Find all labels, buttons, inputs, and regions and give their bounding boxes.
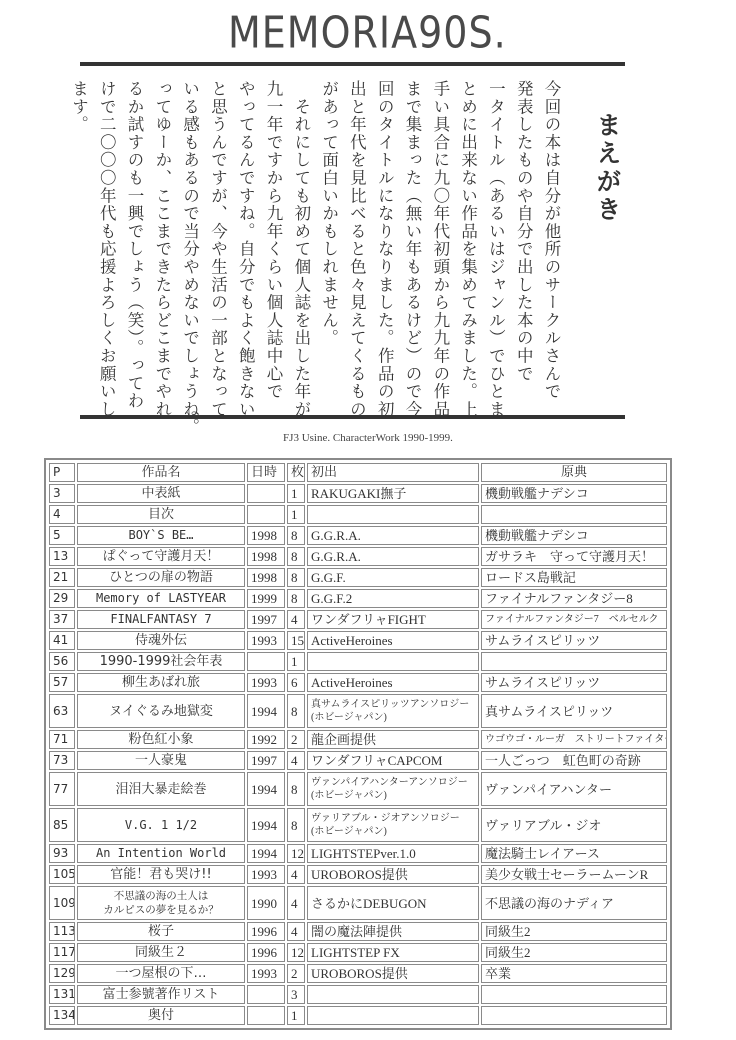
cell-source: 同級生2 xyxy=(481,922,667,941)
cell-title: ひとつの扉の物語 xyxy=(77,568,245,587)
cell-title: 目次 xyxy=(77,505,245,524)
table-row: 129一つ屋根の下…19932UROBOROS提供卒業 xyxy=(49,964,667,983)
cell-source: 卒業 xyxy=(481,964,667,983)
header-title: 作品名 xyxy=(77,463,245,482)
table-row: 73一人豪鬼19974ワンダフリャCAPCOM一人ごっつ 虹色町の奇跡 xyxy=(49,751,667,770)
table-row: 105官能！君も哭け!!19934UROBOROS提供美少女戦士セーラームーンR xyxy=(49,865,667,884)
cell-first-appearance: ワンダフリャCAPCOM xyxy=(307,751,479,770)
cell-title: 一人豪鬼 xyxy=(77,751,245,770)
cell-title: 泪泪大暴走絵巻 xyxy=(77,772,245,806)
cell-year: 1992 xyxy=(247,730,285,749)
table-body: 3中表紙1RAKUGAKI撫子機動戦艦ナデシコ4目次15BOY`S BE…199… xyxy=(49,484,667,1025)
cell-first-appearance xyxy=(307,1006,479,1025)
cell-title: V.G. 1 1/2 xyxy=(77,808,245,842)
cell-year: 1997 xyxy=(247,751,285,770)
first-appearance-line: ヴァリアブル・ジオアンソロジー xyxy=(311,812,475,825)
cell-page: 21 xyxy=(49,568,75,587)
cell-title: 一つ屋根の下… xyxy=(77,964,245,983)
cell-page: 3 xyxy=(49,484,75,503)
cell-year: 1998 xyxy=(247,568,285,587)
cell-source: サムライスピリッツ xyxy=(481,673,667,692)
cell-first-appearance xyxy=(307,985,479,1004)
cell-page: 71 xyxy=(49,730,75,749)
header-source: 原典 xyxy=(481,463,667,482)
caption: FJ3 Usine. CharacterWork 1990-1999. xyxy=(0,432,736,444)
cell-first-appearance: ヴァンパイアハンターアンソロジー(ホビージャパン) xyxy=(307,772,479,806)
cell-title: 官能！君も哭け!! xyxy=(77,865,245,884)
table-header-row: P 作品名 日時 枚 初出 原典 xyxy=(49,463,667,482)
table-row: 117同級生２199612LIGHTSTEP FX同級生2 xyxy=(49,943,667,962)
cell-page: 129 xyxy=(49,964,75,983)
cell-page: 41 xyxy=(49,631,75,650)
bottom-divider xyxy=(80,415,625,419)
table-row: 77泪泪大暴走絵巻19948ヴァンパイアハンターアンソロジー(ホビージャパン)ヴ… xyxy=(49,772,667,806)
cell-sheets: 8 xyxy=(287,547,305,566)
cell-source: ロードス島戦記 xyxy=(481,568,667,587)
preface-line: 発表したものや自分で出した本の中で xyxy=(509,80,537,410)
cell-year: 1997 xyxy=(247,610,285,629)
cell-first-appearance: UROBOROS提供 xyxy=(307,865,479,884)
table-row: 29Memory of LASTYEAR19998G.G.F.2ファイナルファン… xyxy=(49,589,667,608)
cell-title: Memory of LASTYEAR xyxy=(77,589,245,608)
table-row: 131富士参號著作リスト3 xyxy=(49,985,667,1004)
top-divider xyxy=(80,62,625,66)
cell-page: 131 xyxy=(49,985,75,1004)
cell-first-appearance: ActiveHeroines xyxy=(307,631,479,650)
cell-first-appearance: LIGHTSTEPver.1.0 xyxy=(307,844,479,863)
table-row: 21ひとつの扉の物語19988G.G.F.ロードス島戦記 xyxy=(49,568,667,587)
preface-line: けで二〇〇〇年代も応援よろしくお願いし xyxy=(92,80,120,410)
cell-sheets: 8 xyxy=(287,589,305,608)
preface-line: るか試すのも一興でしょう（笑）。ってわ xyxy=(120,80,148,410)
cell-page: 63 xyxy=(49,694,75,728)
cell-year: 1996 xyxy=(247,943,285,962)
cell-first-appearance: さるかにDEBUGON xyxy=(307,886,479,920)
cell-year xyxy=(247,505,285,524)
preface-line: 出と年代を見比べると色々見えてくるもの xyxy=(343,80,371,410)
cell-page: 77 xyxy=(49,772,75,806)
cell-source: ファイナルファンタジー7 ベルセルク xyxy=(481,610,667,629)
table-row: 57柳生あばれ旅19936ActiveHeroinesサムライスピリッツ xyxy=(49,673,667,692)
cell-page: 13 xyxy=(49,547,75,566)
memoria90s-logo: MEMORIA90S. xyxy=(228,4,518,62)
cell-page: 109 xyxy=(49,886,75,920)
cell-year xyxy=(247,652,285,671)
preface-line: 今回の本は自分が他所のサークルさんで xyxy=(537,80,565,410)
cell-year xyxy=(247,1006,285,1025)
table-row: 71粉色紅小象19922龍企画提供ウゴウゴ・ルーガ ストリートファイター2 xyxy=(49,730,667,749)
cell-source: ヴァンパイアハンター xyxy=(481,772,667,806)
cell-source: ウゴウゴ・ルーガ ストリートファイター2 xyxy=(481,730,667,749)
cell-first-appearance: 龍企画提供 xyxy=(307,730,479,749)
cell-page: 93 xyxy=(49,844,75,863)
preface-line: いる感もあるので当分やめないでしょうね。 xyxy=(176,80,204,410)
preface-line: があって面白いかもしれません。 xyxy=(315,80,343,410)
table-row: 113桜子19964闇の魔法陣提供同級生2 xyxy=(49,922,667,941)
cell-page: 56 xyxy=(49,652,75,671)
cell-first-appearance: RAKUGAKI撫子 xyxy=(307,484,479,503)
cell-page: 73 xyxy=(49,751,75,770)
cell-page: 117 xyxy=(49,943,75,962)
cell-sheets: 8 xyxy=(287,694,305,728)
cell-sheets: 4 xyxy=(287,886,305,920)
cell-source xyxy=(481,985,667,1004)
table-row: 41侍魂外伝199315ActiveHeroinesサムライスピリッツ xyxy=(49,631,667,650)
header-first-appearance: 初出 xyxy=(307,463,479,482)
cell-source: 同級生2 xyxy=(481,943,667,962)
table-row: 134奥付1 xyxy=(49,1006,667,1025)
table-row: 109不思議の海の土人はカルピスの夢を見るか？19904さるかにDEBUGON不… xyxy=(49,886,667,920)
cell-page: 113 xyxy=(49,922,75,941)
cell-title: 粉色紅小象 xyxy=(77,730,245,749)
first-appearance-line: 真サムライスピリッツアンソロジー xyxy=(311,698,475,711)
cell-sheets: 1 xyxy=(287,484,305,503)
cell-source: サムライスピリッツ xyxy=(481,631,667,650)
cell-page: 57 xyxy=(49,673,75,692)
cell-year: 1994 xyxy=(247,694,285,728)
cell-first-appearance: UROBOROS提供 xyxy=(307,964,479,983)
cell-year: 1996 xyxy=(247,922,285,941)
cell-title: An Intention World xyxy=(77,844,245,863)
cell-source xyxy=(481,505,667,524)
cell-source: 美少女戦士セーラームーンR xyxy=(481,865,667,884)
first-appearance-line: ヴァンパイアハンターアンソロジー xyxy=(311,776,475,789)
cell-sheets: 3 xyxy=(287,985,305,1004)
cell-year: 1990 xyxy=(247,886,285,920)
cell-sheets: 4 xyxy=(287,610,305,629)
table-row: 85V.G. 1 1/219948ヴァリアブル・ジオアンソロジー(ホビージャパン… xyxy=(49,808,667,842)
cell-sheets: 4 xyxy=(287,922,305,941)
preface-line: と思うんですが、今や生活の一部となって xyxy=(204,80,232,410)
cell-year: 1994 xyxy=(247,772,285,806)
preface-line: 回のタイトルになりなりました。作品の初 xyxy=(370,80,398,410)
cell-title: 奥付 xyxy=(77,1006,245,1025)
cell-sheets: 6 xyxy=(287,673,305,692)
cell-title: ぱぐって守護月天！ xyxy=(77,547,245,566)
cell-source: 機動戦艦ナデシコ xyxy=(481,484,667,503)
cell-first-appearance xyxy=(307,505,479,524)
cell-year: 1993 xyxy=(247,673,285,692)
cell-sheets: 2 xyxy=(287,730,305,749)
first-appearance-line: (ホビージャパン) xyxy=(311,711,475,724)
cell-title: 不思議の海の土人はカルピスの夢を見るか？ xyxy=(77,886,245,920)
cell-source: 機動戦艦ナデシコ xyxy=(481,526,667,545)
cell-source: 一人ごっつ 虹色町の奇跡 xyxy=(481,751,667,770)
cell-year: 1993 xyxy=(247,964,285,983)
works-table: P 作品名 日時 枚 初出 原典 3中表紙1RAKUGAKI撫子機動戦艦ナデシコ… xyxy=(47,461,669,1027)
cell-year: 1998 xyxy=(247,526,285,545)
header-sheets: 枚 xyxy=(287,463,305,482)
cell-first-appearance: G.G.F. xyxy=(307,568,479,587)
first-appearance-line: (ホビージャパン) xyxy=(311,825,475,838)
cell-sheets: 8 xyxy=(287,772,305,806)
cell-source: ヴァリアブル・ジオ xyxy=(481,808,667,842)
cell-title: 1990-1999社会年表 xyxy=(77,652,245,671)
preface-line: 九一年ですから九年くらい個人誌中心で xyxy=(259,80,287,410)
cell-sheets: 12 xyxy=(287,844,305,863)
cell-year: 1998 xyxy=(247,547,285,566)
cell-first-appearance: ヴァリアブル・ジオアンソロジー(ホビージャパン) xyxy=(307,808,479,842)
preface-title: まえがき xyxy=(589,112,625,224)
cell-sheets: 1 xyxy=(287,1006,305,1025)
cell-year: 1999 xyxy=(247,589,285,608)
works-table-frame: P 作品名 日時 枚 初出 原典 3中表紙1RAKUGAKI撫子機動戦艦ナデシコ… xyxy=(44,458,672,1030)
preface-line: ってゆーか、ここまできたらどこまでやれ xyxy=(148,80,176,410)
table-row: 37FINALFANTASY 719974ワンダフリャFIGHTファイナルファン… xyxy=(49,610,667,629)
cell-title: 富士参號著作リスト xyxy=(77,985,245,1004)
cell-source: ファイナルファンタジー8 xyxy=(481,589,667,608)
header-page: P xyxy=(49,463,75,482)
first-appearance-line: (ホビージャパン) xyxy=(311,789,475,802)
cell-year xyxy=(247,985,285,1004)
cell-source: 魔法騎士レイアース xyxy=(481,844,667,863)
cell-first-appearance: G.G.R.A. xyxy=(307,547,479,566)
cell-sheets: 8 xyxy=(287,568,305,587)
cell-title: FINALFANTASY 7 xyxy=(77,610,245,629)
cell-first-appearance: ActiveHeroines xyxy=(307,673,479,692)
cell-sheets: 8 xyxy=(287,808,305,842)
cell-title: BOY`S BE… xyxy=(77,526,245,545)
cell-page: 5 xyxy=(49,526,75,545)
cell-sheets: 4 xyxy=(287,751,305,770)
cell-page: 29 xyxy=(49,589,75,608)
cell-sheets: 4 xyxy=(287,865,305,884)
cell-sheets: 1 xyxy=(287,652,305,671)
cell-source: 不思議の海のナディア xyxy=(481,886,667,920)
cell-first-appearance: G.G.F.2 xyxy=(307,589,479,608)
cell-sheets: 8 xyxy=(287,526,305,545)
preface-line: ます。 xyxy=(65,80,93,410)
cell-page: 134 xyxy=(49,1006,75,1025)
cell-year: 1994 xyxy=(247,808,285,842)
cell-title: 柳生あばれ旅 xyxy=(77,673,245,692)
cell-source xyxy=(481,652,667,671)
cell-page: 105 xyxy=(49,865,75,884)
preface-line: 手い具合に九〇年代初頭から九九年の作品 xyxy=(426,80,454,410)
cell-source: 真サムライスピリッツ xyxy=(481,694,667,728)
cell-year xyxy=(247,484,285,503)
preface-section: まえがき 今回の本は自分が他所のサークルさんで 発表したものや自分で出した本の中… xyxy=(80,72,625,407)
title-line: 不思議の海の土人は xyxy=(81,889,241,903)
cell-title: 中表紙 xyxy=(77,484,245,503)
cell-first-appearance: LIGHTSTEP FX xyxy=(307,943,479,962)
table-row: 13ぱぐって守護月天！19988G.G.R.A.ガサラキ 守って守護月天！ xyxy=(49,547,667,566)
cell-title: 桜子 xyxy=(77,922,245,941)
table-row: 561990-1999社会年表1 xyxy=(49,652,667,671)
cell-first-appearance: 闇の魔法陣提供 xyxy=(307,922,479,941)
preface-body: 今回の本は自分が他所のサークルさんで 発表したものや自分で出した本の中で 一タイ… xyxy=(65,80,565,410)
preface-line: とめに出来ない作品を集めてみました。上 xyxy=(454,80,482,410)
preface-line: やってるんですね。自分でもよく飽きない xyxy=(231,80,259,410)
cell-sheets: 12 xyxy=(287,943,305,962)
cell-title: 侍魂外伝 xyxy=(77,631,245,650)
table-row: 93An Intention World199412LIGHTSTEPver.1… xyxy=(49,844,667,863)
table-row: 5BOY`S BE…19988G.G.R.A.機動戦艦ナデシコ xyxy=(49,526,667,545)
cell-year: 1994 xyxy=(247,844,285,863)
cell-first-appearance: ワンダフリャFIGHT xyxy=(307,610,479,629)
cell-sheets: 1 xyxy=(287,505,305,524)
preface-line: それにしても初めて個人誌を出した年が xyxy=(287,80,315,410)
cell-first-appearance: 真サムライスピリッツアンソロジー(ホビージャパン) xyxy=(307,694,479,728)
cell-year: 1993 xyxy=(247,865,285,884)
title-line: カルピスの夢を見るか？ xyxy=(81,903,241,917)
cell-sheets: 15 xyxy=(287,631,305,650)
preface-line: まで集まった（無い年もあるけど）ので今 xyxy=(398,80,426,410)
cell-page: 85 xyxy=(49,808,75,842)
cell-page: 37 xyxy=(49,610,75,629)
preface-line: 一タイトル（あるいはジャンル）でひとま xyxy=(482,80,510,410)
cell-sheets: 2 xyxy=(287,964,305,983)
cell-page: 4 xyxy=(49,505,75,524)
cell-source: ガサラキ 守って守護月天！ xyxy=(481,547,667,566)
header-year: 日時 xyxy=(247,463,285,482)
cell-year: 1993 xyxy=(247,631,285,650)
table-row: 63ヌイぐるみ地獄変19948真サムライスピリッツアンソロジー(ホビージャパン)… xyxy=(49,694,667,728)
cell-title: ヌイぐるみ地獄変 xyxy=(77,694,245,728)
cell-first-appearance xyxy=(307,652,479,671)
table-row: 3中表紙1RAKUGAKI撫子機動戦艦ナデシコ xyxy=(49,484,667,503)
cell-source xyxy=(481,1006,667,1025)
table-row: 4目次1 xyxy=(49,505,667,524)
cell-first-appearance: G.G.R.A. xyxy=(307,526,479,545)
cell-title: 同級生２ xyxy=(77,943,245,962)
